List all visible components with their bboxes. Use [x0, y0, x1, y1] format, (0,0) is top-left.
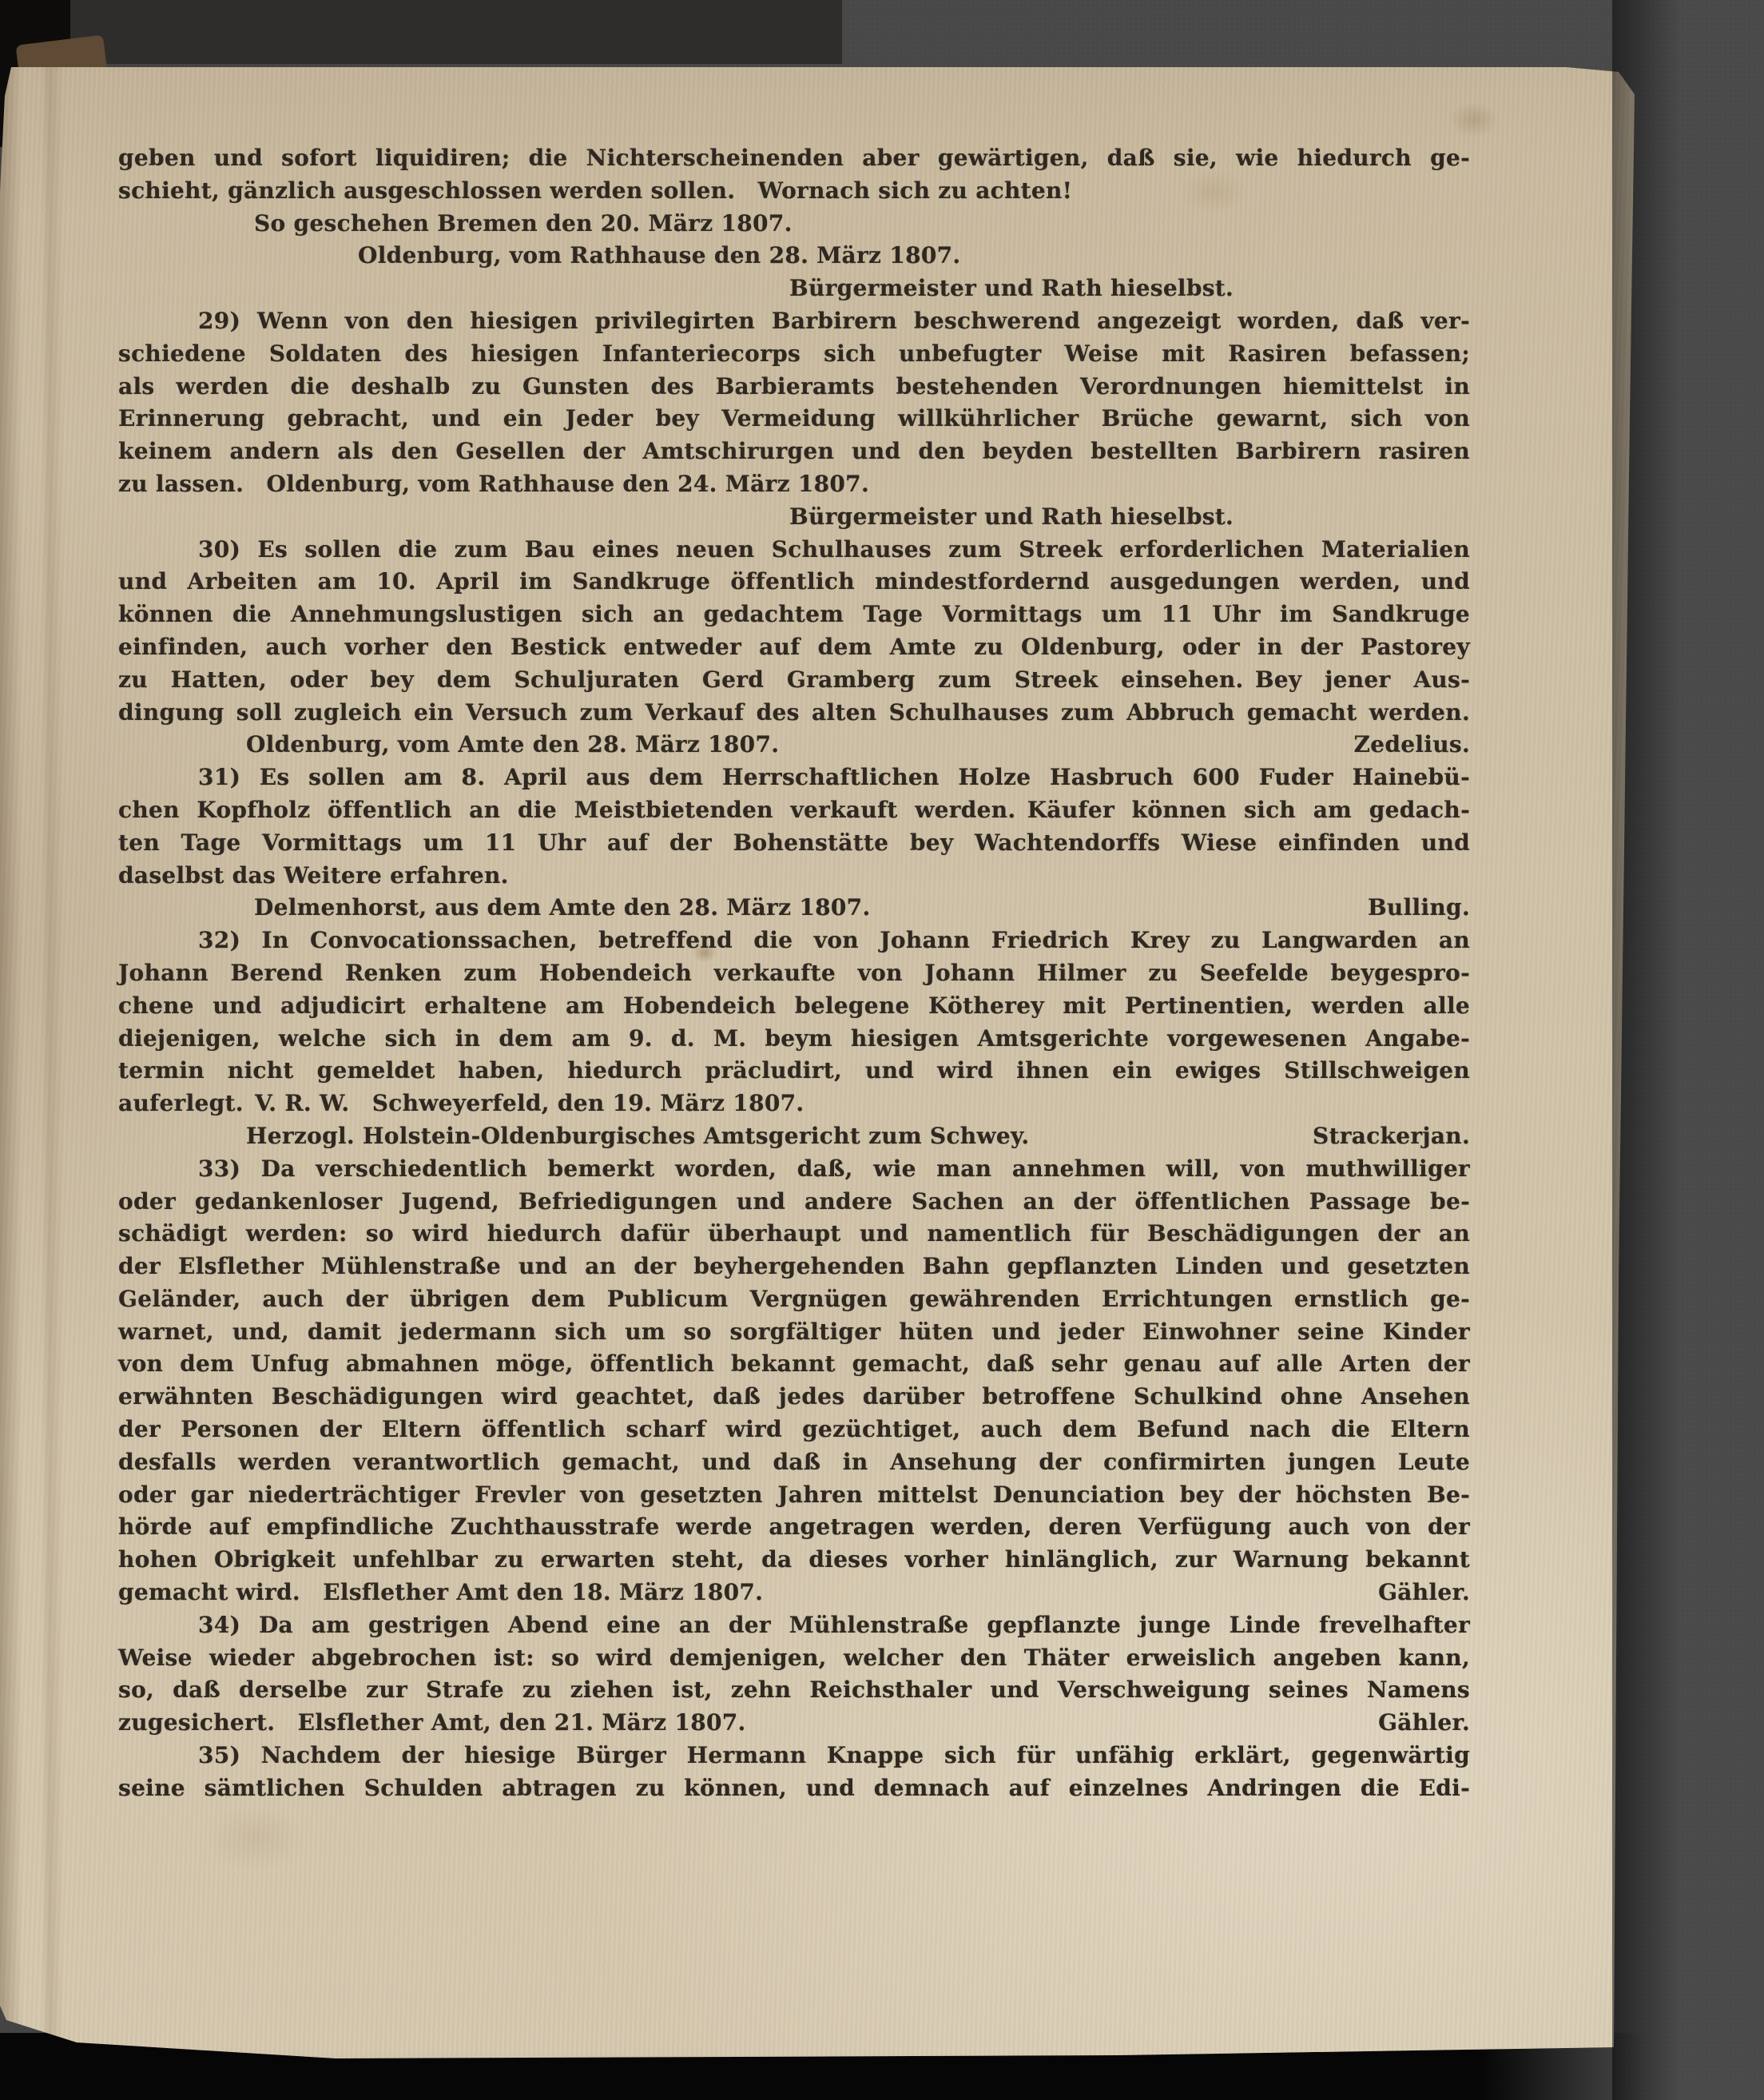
text-line: Weise wieder abgebrochen ist: so wird de…: [118, 1642, 1470, 1675]
page-paper: geben und sofort liquidiren; die Nichter…: [0, 0, 1764, 2100]
text-line: warnet, und, damit jedermann sich um so …: [118, 1316, 1470, 1349]
text-line: erwähnten Beschädigungen wird geachtet, …: [118, 1381, 1470, 1414]
text-line: termin nicht gemeldet haben, hiedurch pr…: [118, 1055, 1470, 1088]
text-line: So geschehen Bremen den 20. März 1807.: [254, 208, 1470, 241]
text-line: 31) Es sollen am 8. April aus dem Herrsc…: [198, 762, 1470, 794]
text-line: daselbst das Weitere erfahren.: [118, 860, 1470, 893]
text-line: Geländer, auch der übrigen dem Publicum …: [118, 1283, 1470, 1316]
text-line: hörde auf empfindliche Zuchthausstrafe w…: [118, 1511, 1470, 1544]
text-line: so, daß derselbe zur Strafe zu ziehen is…: [118, 1674, 1470, 1707]
text-line: 29) Wenn von den hiesigen privilegirten …: [198, 305, 1470, 338]
text-line: können die Annehmungslustigen sich an ge…: [118, 599, 1470, 631]
text-line: hohen Obrigkeit unfehlbar zu erwarten st…: [118, 1544, 1470, 1577]
text-line: schieht, gänzlich ausgeschlossen werden …: [118, 175, 1470, 208]
text-line: Johann Berend Renken zum Hobendeich verk…: [118, 957, 1470, 990]
scan-canvas: geben und sofort liquidiren; die Nichter…: [0, 0, 1764, 2100]
text-line: keinem andern als den Gesellen der Amtsc…: [118, 436, 1470, 468]
text-line: schiedene Soldaten des hiesigen Infanter…: [118, 338, 1470, 371]
text-line: desfalls werden verantwortlich gemacht, …: [118, 1446, 1470, 1479]
text-line: zu Hatten, oder bey dem Schuljuraten Ger…: [118, 664, 1470, 697]
text-line: Erinnerung gebracht, und ein Jeder bey V…: [118, 403, 1470, 436]
text-line: und Arbeiten am 10. April im Sandkruge ö…: [118, 566, 1470, 599]
text-line: auferlegt. V. R. W. Schweyerfeld, den 19…: [118, 1088, 1470, 1120]
text-line: einfinden, auch vorher den Bestick entwe…: [118, 631, 1470, 664]
text-line: der Elsflether Mühlenstraße und an der b…: [118, 1251, 1470, 1283]
text-line: dingung soll zugleich ein Versuch zum Ve…: [118, 697, 1470, 730]
text-line: diejenigen, welche sich in dem am 9. d. …: [118, 1023, 1470, 1056]
text-line: von dem Unfug abmahnen möge, öffentlich …: [118, 1348, 1470, 1381]
text-line: oder gar niederträchtiger Frevler von ge…: [118, 1479, 1470, 1512]
text-line: chene und adjudicirt erhaltene am Hobend…: [118, 990, 1470, 1023]
text-line: 30) Es sollen die zum Bau eines neuen Sc…: [198, 534, 1470, 567]
text-line: zu lassen. Oldenburg, vom Rathhause den …: [118, 468, 1470, 501]
book-cover-edge: [69, 0, 842, 64]
text-line: als werden die deshalb zu Gunsten des Ba…: [118, 371, 1470, 404]
text-line: ten Tage Vormittags um 11 Uhr auf der Bo…: [118, 827, 1470, 860]
text-line: Gähler.zugesichert. Elsflether Amt, den …: [118, 1707, 1470, 1740]
signature: Gähler.: [1378, 1577, 1470, 1609]
text-line: seine sämtlichen Schulden abtragen zu kö…: [118, 1772, 1470, 1805]
page-right-edge-shadow: [1612, 0, 1681, 2100]
signature: Gähler.: [1378, 1707, 1470, 1740]
text-line: 35) Nachdem der hiesige Bürger Hermann K…: [198, 1740, 1470, 1772]
text-line: oder gedankenloser Jugend, Befriedigunge…: [118, 1186, 1470, 1219]
text-line: Bürgermeister und Rath hieselbst.: [789, 272, 1470, 305]
text-line: 33) Da verschiedentlich bemerkt worden, …: [198, 1153, 1470, 1186]
text-line: chen Kopfholz öffentlich an die Meistbie…: [118, 794, 1470, 827]
text-line: Zedelius.Oldenburg, vom Amte den 28. Mär…: [246, 729, 1470, 762]
text-line: Bulling.Delmenhorst, aus dem Amte den 28…: [254, 892, 1470, 925]
text-line: Oldenburg, vom Rathhause den 28. März 18…: [358, 240, 1470, 272]
text-line: geben und sofort liquidiren; die Nichter…: [118, 142, 1470, 175]
signature: Bulling.: [1368, 892, 1470, 925]
text-line: Strackerjan.Herzogl. Holstein-Oldenburgi…: [246, 1120, 1470, 1153]
text-line: 34) Da am gestrigen Abend eine an der Mü…: [198, 1609, 1470, 1642]
text-line: der Personen der Eltern öffentlich schar…: [118, 1414, 1470, 1446]
document-text: geben und sofort liquidiren; die Nichter…: [118, 142, 1470, 1805]
text-line: Bürgermeister und Rath hieselbst.: [789, 501, 1470, 534]
signature: Strackerjan.: [1313, 1120, 1470, 1153]
signature: Zedelius.: [1354, 729, 1471, 762]
text-line: schädigt werden: so wird hiedurch dafür …: [118, 1218, 1470, 1251]
text-line: 32) In Convocationssachen, betreffend di…: [198, 925, 1470, 957]
text-line: Gähler.gemacht wird. Elsflether Amt den …: [118, 1577, 1470, 1609]
